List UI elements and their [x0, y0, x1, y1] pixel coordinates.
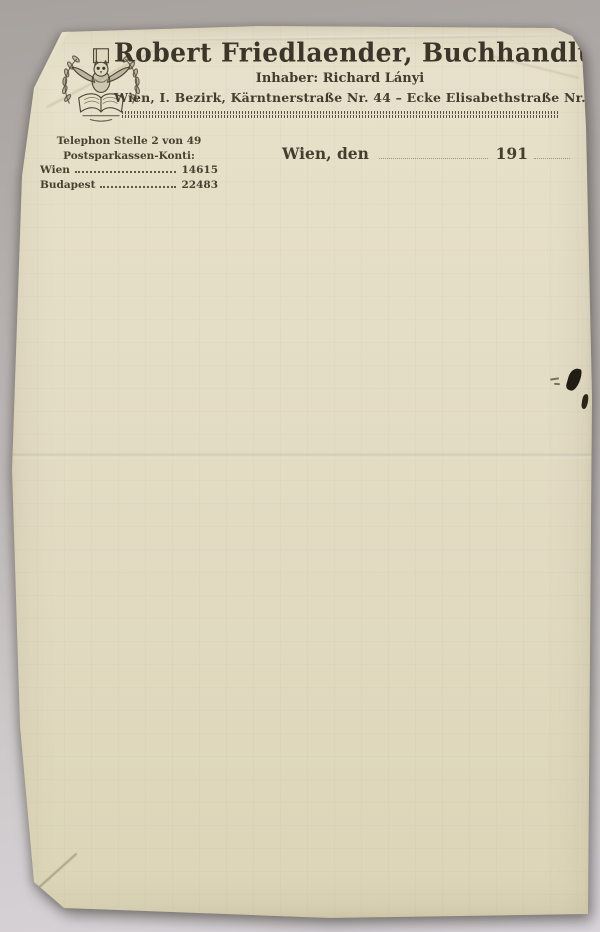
company-title: Robert Friedlaender, Buchhandlung [114, 37, 566, 68]
account-city: Wien [40, 163, 70, 178]
paper-crease [33, 853, 77, 893]
telephone-line: Telephon Stelle 2 von 49 [40, 134, 218, 149]
pencil-speck [550, 377, 559, 380]
dot-leader [100, 186, 176, 188]
postal-accounts-label: Postsparkassen-Konti: [40, 149, 218, 164]
hatched-rule [122, 111, 558, 118]
paper-shadow-wrap: Robert Friedlaender, Buchhandlung Inhabe… [10, 26, 592, 918]
account-number: 22483 [181, 178, 218, 193]
date-year-prefix: 191 [496, 144, 528, 163]
letterhead-paper: Robert Friedlaender, Buchhandlung Inhabe… [10, 26, 592, 918]
photo-background: Robert Friedlaender, Buchhandlung Inhabe… [0, 0, 600, 932]
date-year-blank-rule [534, 158, 570, 159]
contact-block: Telephon Stelle 2 von 49 Postsparkassen-… [40, 134, 218, 192]
date-blank-rule [379, 158, 488, 159]
letterhead-header: Robert Friedlaender, Buchhandlung Inhabe… [114, 38, 566, 118]
account-row-wien: Wien 14615 [40, 163, 218, 178]
owner-line: Inhaber: Richard Lányi [114, 71, 566, 86]
account-city: Budapest [40, 178, 95, 193]
pencil-speck [554, 383, 560, 385]
dot-leader [75, 171, 177, 173]
address-line: Wien, I. Bezirk, Kärntnerstraße Nr. 44 –… [114, 90, 566, 105]
account-row-budapest: Budapest 22483 [40, 178, 218, 193]
paper-fold-crease [10, 454, 592, 458]
account-number: 14615 [181, 163, 218, 178]
date-prefix: Wien, den [282, 144, 369, 163]
ink-blot [548, 366, 600, 430]
ink-blot-large [565, 367, 583, 392]
ink-blot-small [581, 394, 589, 410]
date-line: Wien, den 191 [282, 144, 570, 163]
